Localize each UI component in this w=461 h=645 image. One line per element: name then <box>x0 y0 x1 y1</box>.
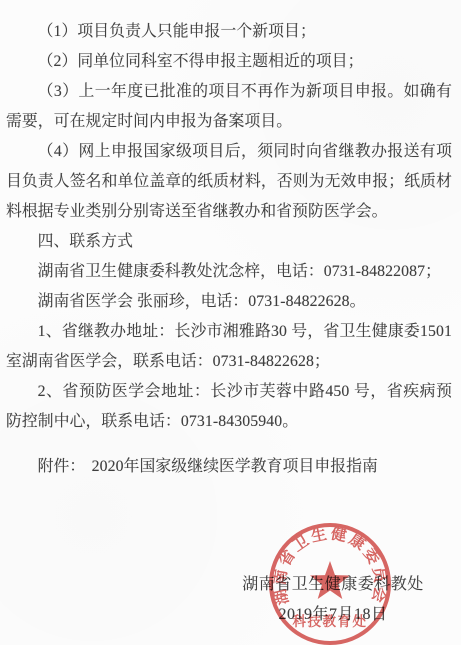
paragraph: 1、省继教办地址：长沙市湘雅路30 号，省卫生健康委1501室湖南省医学会，联系… <box>6 317 452 377</box>
section-heading: 四、联系方式 <box>6 227 452 257</box>
paragraph: （2）同单位同科室不得申报主题相近的项目； <box>6 47 452 77</box>
signature-date: 2019年7月18日 <box>203 600 461 630</box>
paragraph: （3）上一年度已批准的项目不再作为新项目申报。如确有需要，可在规定时间内申报为备… <box>6 77 452 137</box>
attachment-line: 附件：2020年国家级继续医学教育项目申报指南 <box>6 452 452 482</box>
paragraph: 2、省预防医学会地址：长沙市芙蓉中路450 号，省疾病预防控制中心，联系电话：0… <box>6 377 452 437</box>
paragraph: （1）项目负责人只能申报一个新项目； <box>6 17 452 47</box>
document-body: （1）项目负责人只能申报一个新项目； （2）同单位同科室不得申报主题相近的项目；… <box>6 17 452 482</box>
signature-organization: 湖南省卫生健康委科教处 <box>203 570 461 600</box>
attachment-title: 2020年国家级继续医学教育项目申报指南 <box>85 458 378 475</box>
attachment-label: 附件： <box>38 458 86 475</box>
paragraph: 湖南省卫生健康委科教处沈念梓，电话：0731-84822087； <box>6 257 452 287</box>
signature-block: 湖南省卫生健康委科教处 2019年7月18日 <box>203 570 461 630</box>
document-page: （1）项目负责人只能申报一个新项目； （2）同单位同科室不得申报主题相近的项目；… <box>0 0 461 645</box>
paragraph: （4）网上申报国家级项目后，须同时向省继教办报送有项目负责人签名和单位盖章的纸质… <box>6 137 452 227</box>
paragraph: 湖南省医学会 张丽珍，电话：0731-84822628。 <box>6 287 452 317</box>
